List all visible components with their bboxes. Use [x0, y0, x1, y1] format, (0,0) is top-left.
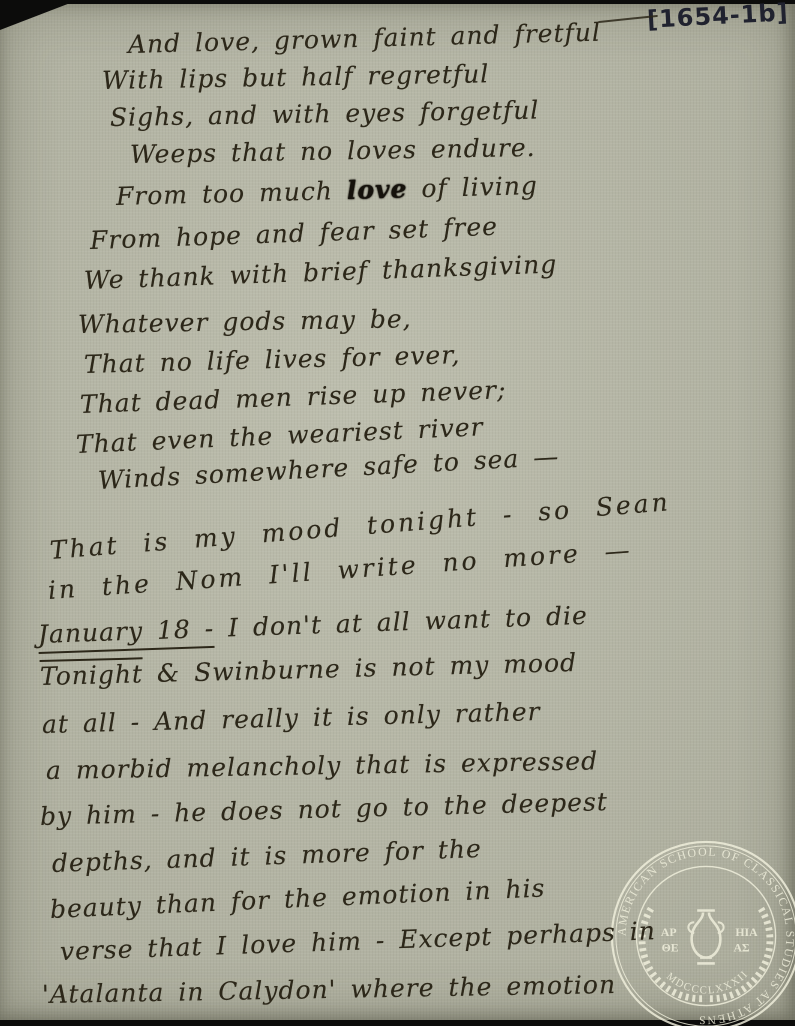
diary-overlined-word: Tonight	[40, 657, 144, 691]
blotted-correction-word: love	[346, 174, 407, 205]
diary-date-heading: January 18 -	[37, 614, 214, 654]
poem-line-prefix: From too much	[116, 176, 348, 211]
seal-greek-right-1: ΗΙΑ	[735, 926, 758, 939]
poem-line-suffix: of living	[407, 171, 538, 203]
seal-greek-left-1: ΑΡ	[661, 926, 677, 939]
seal-greek-right-2: ΑΣ	[733, 942, 749, 955]
manuscript-scan: [1654-1b] AMERICAN SCHOOL OF CLASSICAL S…	[0, 0, 795, 1026]
amphora-icon	[692, 911, 721, 964]
poem-line: Whatever gods may be,	[78, 304, 412, 339]
seal-greek-left-2: ΘΕ	[662, 942, 679, 955]
